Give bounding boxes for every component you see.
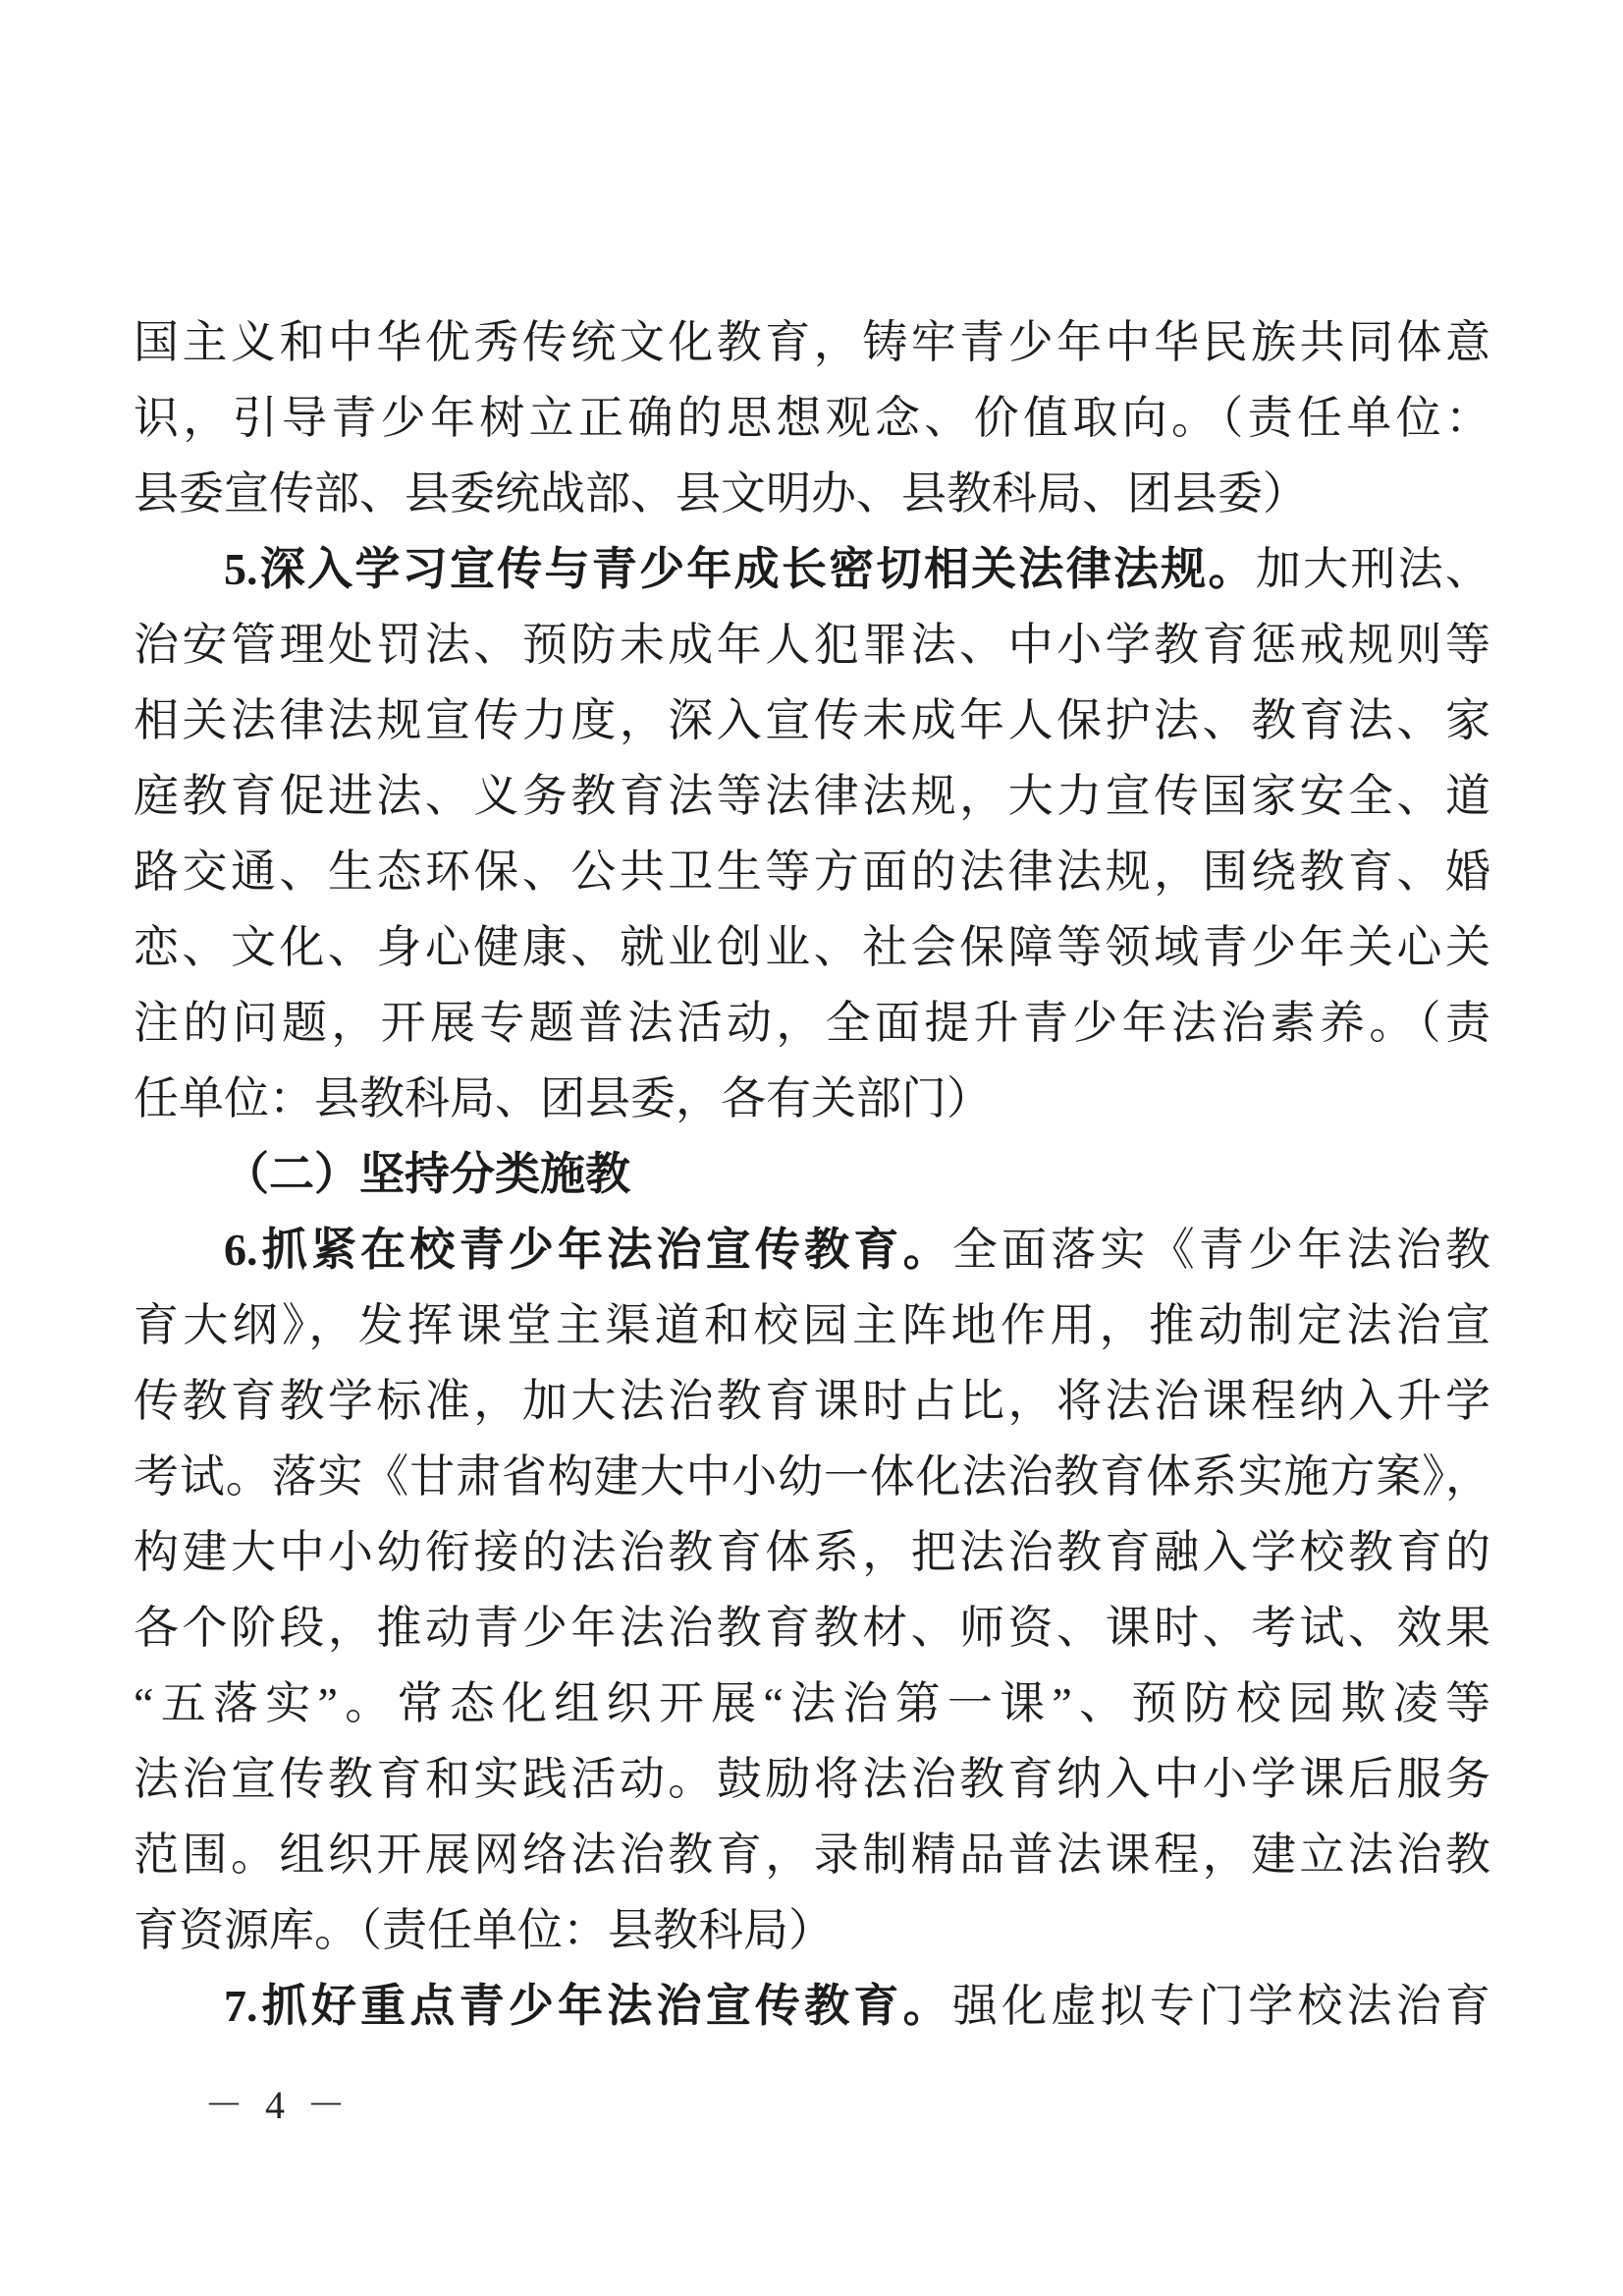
text-line: 注的问题，开展专题普法活动，全面提升青少年法治素养。（责: [134, 985, 1490, 1061]
text-segment-bold: 6.抓紧在校青少年法治宣传教育。: [224, 1225, 952, 1275]
text-line-paragraph-5: 5.深入学习宣传与青少年成长密切相关法律法规。加大刑法、: [134, 531, 1490, 607]
text-segment: 识，引导青少年树立正确的思想观念、价值取向。（责任单位：: [134, 393, 1490, 443]
text-line: 任单位：县教科局、团县委，各有关部门）: [134, 1061, 1490, 1136]
text-segment: 注的问题，开展专题普法活动，全面提升青少年法治素养。（责: [134, 998, 1490, 1048]
text-segment: 范围。组织开展网络法治教育，录制精品普法课程，建立法治教: [134, 1830, 1490, 1880]
text-line: 路交通、生态环保、公共卫生等方面的法律法规，围绕教育、婚: [134, 834, 1490, 909]
text-segment-bold: 7.抓好重点青少年法治宣传教育。: [224, 1981, 952, 2031]
text-segment-bold: （二）坚持分类施教: [224, 1149, 630, 1199]
text-segment: 恋、文化、身心健康、就业创业、社会保障等领域青少年关心关: [134, 922, 1490, 972]
text-line: 传教育教学标准，加大法治教育课时占比，将法治课程纳入升学: [134, 1363, 1490, 1439]
section-heading-2: （二）坚持分类施教: [134, 1136, 1490, 1212]
text-segment: 法治宣传教育和实践活动。鼓励将法治教育纳入中小学课后服务: [134, 1754, 1490, 1804]
text-line: 育资源库。（责任单位：县教科局）: [134, 1892, 1490, 1968]
text-segment: 构建大中小幼衔接的法治教育体系，把法治教育融入学校教育的: [134, 1527, 1490, 1577]
text-segment: “五落实”。常态化组织开展“法治第一课”、预防校园欺凌等: [134, 1678, 1490, 1728]
text-line: 识，引导青少年树立正确的思想观念、价值取向。（责任单位：: [134, 380, 1490, 456]
document-page: 国主义和中华优秀传统文化教育，铸牢青少年中华民族共同体意 识，引导青少年树立正确…: [0, 0, 1623, 2296]
text-line-paragraph-6: 6.抓紧在校青少年法治宣传教育。全面落实《青少年法治教: [134, 1212, 1490, 1287]
text-segment: 国主义和中华优秀传统文化教育，铸牢青少年中华民族共同体意: [134, 317, 1490, 367]
text-line: 恋、文化、身心健康、就业创业、社会保障等领域青少年关心关: [134, 909, 1490, 985]
text-line: 范围。组织开展网络法治教育，录制精品普法课程，建立法治教: [134, 1817, 1490, 1892]
text-line: 国主义和中华优秀传统文化教育，铸牢青少年中华民族共同体意: [134, 304, 1490, 380]
text-segment: 育资源库。（责任单位：县教科局）: [134, 1905, 834, 1955]
text-segment: 传教育教学标准，加大法治教育课时占比，将法治课程纳入升学: [134, 1376, 1490, 1426]
text-segment: 路交通、生态环保、公共卫生等方面的法律法规，围绕教育、婚: [134, 847, 1490, 897]
text-segment: 全面落实《青少年法治教: [952, 1225, 1490, 1275]
text-line: 法治宣传教育和实践活动。鼓励将法治教育纳入中小学课后服务: [134, 1741, 1490, 1817]
page-number: － 4 －: [204, 2074, 352, 2130]
text-segment: 考试。落实《甘肃省构建大中小幼一体化法治教育体系实施方案》，: [134, 1451, 1490, 1502]
text-segment: 治安管理处罚法、预防未成年人犯罪法、中小学教育惩戒规则等: [134, 620, 1490, 670]
text-line-paragraph-7: 7.抓好重点青少年法治宣传教育。强化虚拟专门学校法治育: [134, 1968, 1490, 2044]
text-segment: 育大纲》，发挥课堂主渠道和校园主阵地作用，推动制定法治宣: [134, 1300, 1490, 1350]
document-body: 国主义和中华优秀传统文化教育，铸牢青少年中华民族共同体意 识，引导青少年树立正确…: [134, 304, 1490, 2044]
text-segment: 庭教育促进法、义务教育法等法律法规，大力宣传国家安全、道: [134, 771, 1490, 821]
text-line: 构建大中小幼衔接的法治教育体系，把法治教育融入学校教育的: [134, 1514, 1490, 1590]
text-segment-bold: 5.深入学习宣传与青少年成长密切相关法律法规。: [224, 544, 1256, 594]
text-line: “五落实”。常态化组织开展“法治第一课”、预防校园欺凌等: [134, 1666, 1490, 1741]
text-segment: 县委宣传部、县委统战部、县文明办、县教科局、团县委）: [134, 468, 1308, 519]
text-line: 庭教育促进法、义务教育法等法律法规，大力宣传国家安全、道: [134, 758, 1490, 834]
text-line: 考试。落实《甘肃省构建大中小幼一体化法治教育体系实施方案》，: [134, 1439, 1490, 1514]
text-segment: 任单位：县教科局、团县委，各有关部门）: [134, 1073, 992, 1123]
text-line: 各个阶段，推动青少年法治教育教材、师资、课时、考试、效果: [134, 1590, 1490, 1666]
text-line: 相关法律法规宣传力度，深入宣传未成年人保护法、教育法、家: [134, 683, 1490, 758]
text-segment: 强化虚拟专门学校法治育: [952, 1981, 1490, 2031]
text-segment: 各个阶段，推动青少年法治教育教材、师资、课时、考试、效果: [134, 1603, 1490, 1653]
text-line: 治安管理处罚法、预防未成年人犯罪法、中小学教育惩戒规则等: [134, 607, 1490, 683]
text-line: 育大纲》，发挥课堂主渠道和校园主阵地作用，推动制定法治宣: [134, 1287, 1490, 1363]
text-segment: 加大刑法、: [1256, 544, 1490, 594]
text-segment: 相关法律法规宣传力度，深入宣传未成年人保护法、教育法、家: [134, 695, 1490, 745]
text-line: 县委宣传部、县委统战部、县文明办、县教科局、团县委）: [134, 456, 1490, 531]
